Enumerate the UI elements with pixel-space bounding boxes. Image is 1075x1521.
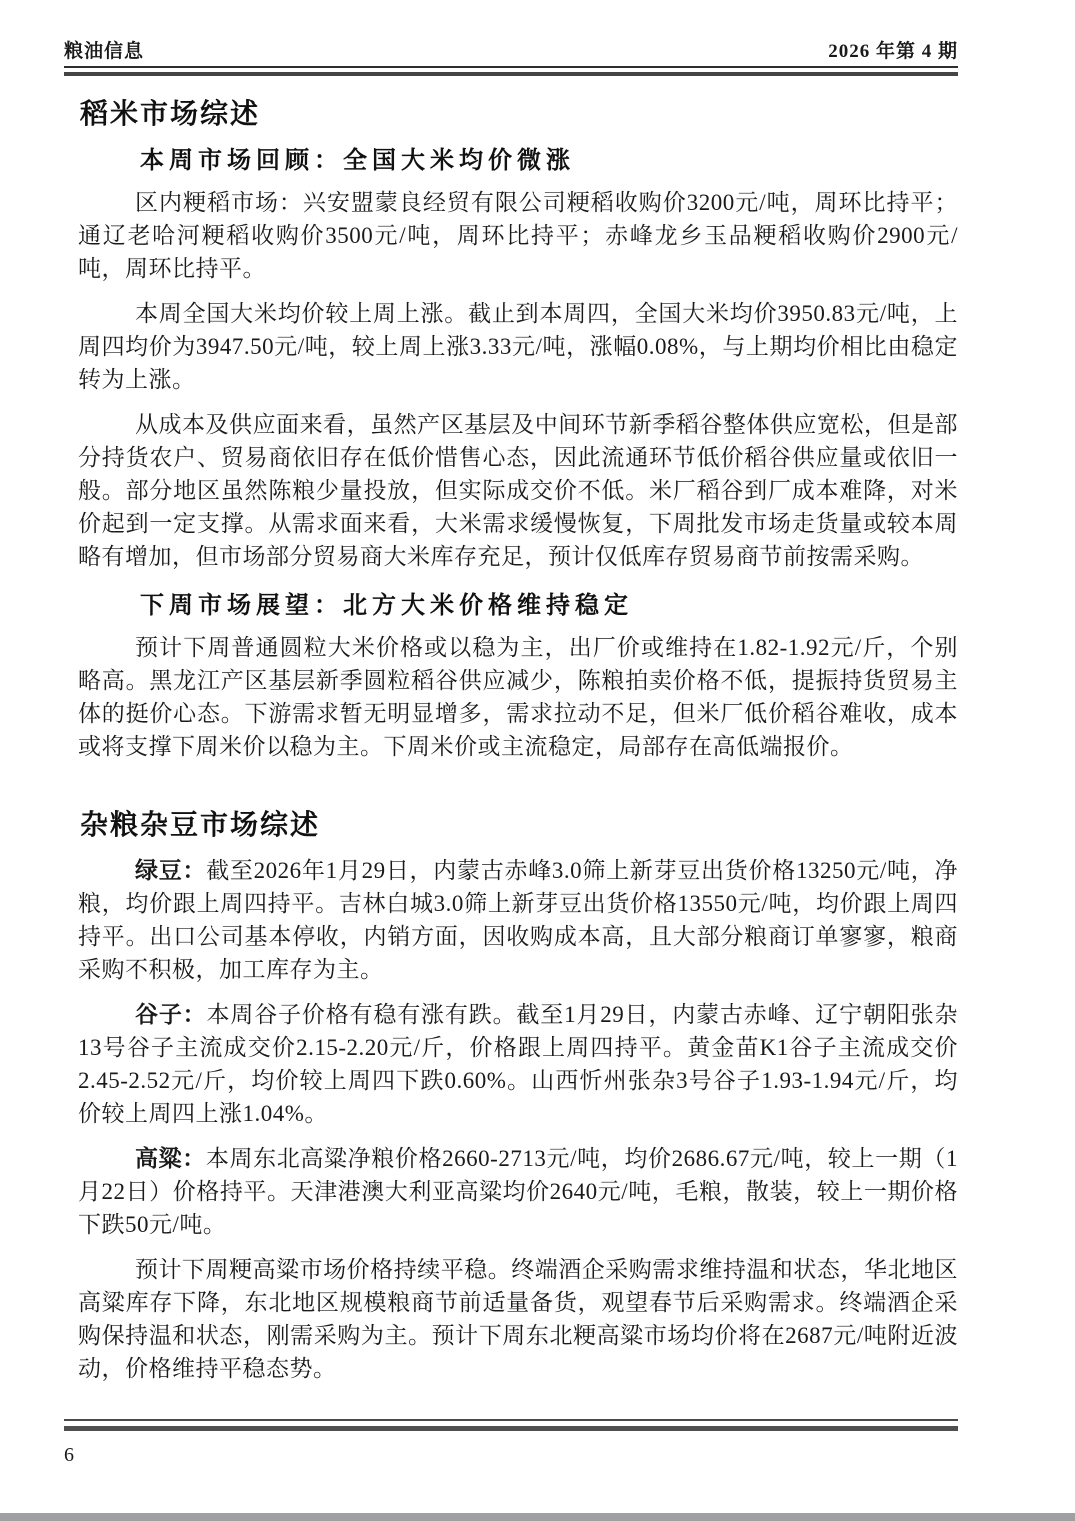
paragraph-national-rice-average: 本周全国大米均价较上周上涨。截止到本周四，全国大米均价3950.83元/吨，上周…: [78, 297, 958, 396]
paragraph-cost-supply-analysis: 从成本及供应面来看，虽然产区基层及中间环节新季稻谷整体供应宽松，但是部分持货农户…: [78, 408, 958, 573]
page-header: 粮油信息 2026 年第 4 期: [64, 36, 958, 63]
paragraph-sorghum: 高粱：本周东北高粱净粮价格2660-2713元/吨，均价2686.67元/吨，较…: [78, 1142, 958, 1241]
footer-rule-thick: [64, 1426, 958, 1431]
page-bottom-edge: [0, 1513, 1075, 1521]
sorghum-text: 本周东北高粱净粮价格2660-2713元/吨，均价2686.67元/吨，较上一期…: [78, 1146, 958, 1237]
mung-bean-lead-label: 绿豆：: [135, 858, 206, 883]
paragraph-japonica-rice-prices: 区内粳稻市场：兴安盟蒙良经贸有限公司粳稻收购价3200元/吨，周环比持平；通辽老…: [78, 186, 958, 285]
mung-bean-text: 截至2026年1月29日，内蒙古赤峰3.0筛上新芽豆出货价格13250元/吨，净…: [78, 858, 958, 982]
paragraph-millet: 谷子：本周谷子价格有稳有涨有跌。截至1月29日，内蒙古赤峰、辽宁朝阳张杂13号谷…: [78, 998, 958, 1130]
header-issue-label: 2026 年第 4 期: [828, 36, 958, 63]
paragraph-next-week-forecast: 预计下周普通圆粒大米价格或以稳为主，出厂价或维持在1.82-1.92元/斤，个别…: [78, 631, 958, 763]
header-rule-thin: [64, 66, 958, 68]
section-title-misc-grains: 杂粮杂豆市场综述: [80, 803, 1075, 843]
paragraph-sorghum-forecast: 预计下周粳高粱市场价格持续平稳。终端酒企采购需求维持温和状态，华北地区高粱库存下…: [78, 1253, 958, 1385]
document-page: 粮油信息 2026 年第 4 期 稻米市场综述 本周市场回顾：全国大米均价微涨 …: [0, 0, 1075, 1521]
page-number: 6: [64, 1444, 74, 1467]
paragraph-mung-bean: 绿豆：截至2026年1月29日，内蒙古赤峰3.0筛上新芽豆出货价格13250元/…: [78, 854, 958, 986]
millet-lead-label: 谷子：: [135, 1002, 207, 1027]
section-title-rice-market: 稻米市场综述: [80, 92, 1075, 132]
millet-text: 本周谷子价格有稳有涨有跌。截至1月29日，内蒙古赤峰、辽宁朝阳张杂13号谷子主流…: [78, 1002, 958, 1126]
footer-rule-thin: [64, 1419, 958, 1421]
sorghum-lead-label: 高粱：: [135, 1146, 206, 1171]
subheading-next-week-outlook: 下周市场展望：北方大米价格维持稳定: [140, 585, 958, 620]
header-rule-thick: [64, 72, 958, 76]
subheading-week-review: 本周市场回顾：全国大米均价微涨: [140, 140, 958, 175]
header-journal-name: 粮油信息: [64, 36, 144, 63]
